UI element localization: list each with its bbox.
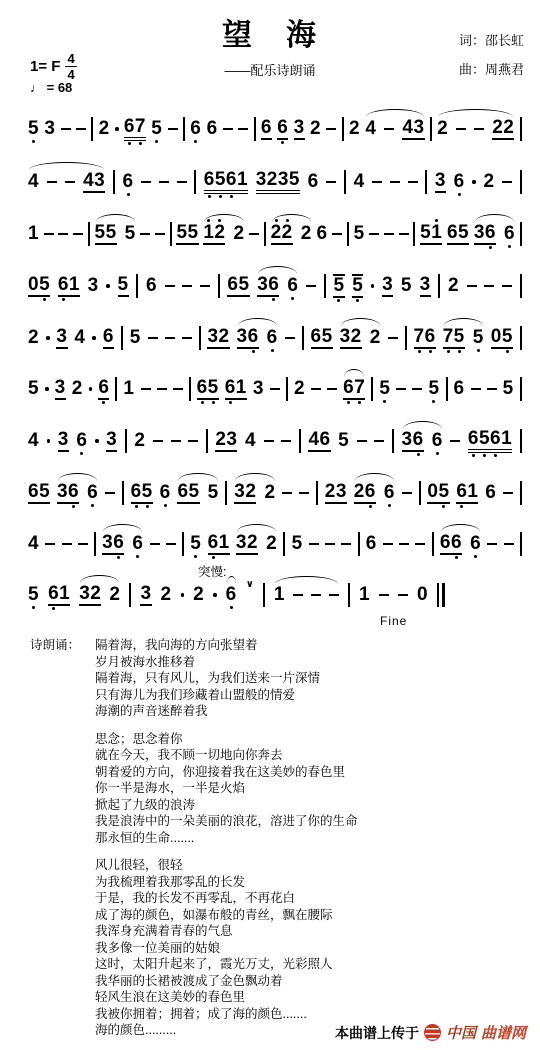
note-digits: 2 [437, 119, 448, 139]
note: 32 [236, 528, 258, 560]
note-digits: 5 [354, 224, 365, 244]
octave-dots [102, 555, 124, 560]
note: 5 [428, 374, 439, 404]
octave-dots [301, 244, 312, 249]
octave-dots [401, 296, 412, 301]
note-digits: 55 [95, 223, 117, 245]
barline [520, 170, 522, 194]
note-digits: 2 [72, 379, 83, 399]
note: 12 [203, 218, 225, 250]
dot-cell [289, 194, 300, 199]
octave-dots [161, 605, 172, 610]
dot-cell [343, 400, 354, 405]
barline [299, 429, 301, 453]
duration-dot [115, 127, 119, 131]
octave-dots [379, 399, 390, 404]
note: 5 [125, 219, 136, 249]
slur-arc [204, 214, 243, 222]
barline [413, 222, 415, 246]
slur-group: 366 [474, 218, 515, 250]
barline [122, 481, 124, 505]
octave-dots [311, 349, 333, 354]
octave-dots [294, 399, 305, 404]
octave-dot [455, 556, 458, 559]
note-digits: 36 [237, 327, 259, 349]
dot-cell [310, 139, 321, 144]
dot-cell [420, 297, 431, 302]
slur-group: 443 [365, 113, 424, 145]
slur-arc [438, 109, 513, 117]
dash-note [157, 388, 167, 391]
note: 51 [420, 218, 442, 250]
slur-arc [344, 369, 364, 377]
note-digits: 6 [87, 483, 98, 503]
octave-dot [136, 555, 139, 558]
note: 6 [454, 167, 465, 197]
dot-cell [193, 605, 204, 610]
octave-dots [338, 451, 349, 456]
note-digits: 5 [190, 534, 201, 554]
barline [520, 481, 522, 505]
octave-dot [230, 606, 233, 609]
music-line: 44366561323564362 [28, 165, 522, 199]
octave-dots [134, 451, 145, 456]
note: 6 [454, 374, 465, 404]
note: 6 [103, 322, 114, 354]
note: 65 [131, 477, 153, 509]
note: 3 [140, 579, 151, 611]
upload-text: 本曲谱上传于 [335, 1023, 419, 1043]
octave-dots [208, 503, 219, 508]
barline [419, 481, 421, 505]
music-line: 436322344653666561 [28, 424, 522, 458]
dot-cell [427, 504, 438, 509]
note: 0 [417, 580, 428, 610]
note-digits: 6 [454, 379, 465, 399]
octave-dot [194, 140, 197, 143]
dot-cell [28, 399, 39, 404]
barline [170, 222, 172, 246]
dot-cell [458, 245, 469, 250]
octave-dots [118, 297, 129, 302]
note: 4 [354, 167, 365, 197]
note-digits: 6 [432, 431, 443, 451]
note-digits: 66 [440, 533, 462, 555]
octave-dots [257, 297, 279, 302]
octave-dots [227, 297, 249, 302]
slur-arc [96, 214, 135, 222]
note-digits: 61 [225, 378, 247, 400]
note: 36 [237, 322, 259, 354]
dash-note [484, 285, 494, 288]
dot-cell [207, 349, 218, 354]
barline [91, 117, 93, 141]
note: 6561 [204, 165, 248, 199]
dot-cell [470, 554, 481, 559]
lyric-line: 于是，我的长发不再零乱，不再花白 [95, 890, 540, 907]
note-digits: 61 [48, 584, 70, 606]
note: 32 [79, 579, 101, 611]
note: 6 [226, 580, 237, 610]
note: 6 [98, 373, 109, 405]
octave-dots [233, 244, 244, 249]
dot-cell [214, 245, 225, 250]
note: 6 [190, 114, 201, 144]
note: 5 [354, 219, 365, 249]
dot-cell [384, 503, 395, 508]
note: 3 [106, 425, 117, 457]
dot-cell [311, 349, 322, 354]
music-line: 155555122222655165366 [28, 218, 522, 250]
dot-cell [443, 349, 454, 354]
octave-dots [28, 605, 39, 610]
note-digits: 55 [176, 223, 198, 245]
octave-dots [99, 139, 110, 144]
note-digits: 2 [99, 119, 110, 139]
lyric-line: 风儿很轻，很轻 [95, 857, 540, 874]
dot-cell [151, 139, 162, 144]
dash-note [396, 388, 406, 391]
dot-cell [106, 245, 117, 250]
duration-dot [472, 180, 476, 184]
slur-arc [238, 318, 277, 326]
dot-cell [294, 399, 305, 404]
note-digits: 6 [207, 119, 218, 139]
dot-cell [301, 244, 312, 249]
note-digits: 65 [311, 327, 333, 349]
dot-cell [236, 400, 247, 405]
dash-note [388, 337, 398, 340]
dot-cell [219, 555, 230, 560]
dash-note [173, 388, 183, 391]
dot-cell [160, 503, 171, 508]
dot-cell [503, 140, 514, 145]
note-digits: 3235 [256, 170, 300, 194]
octave-dots [310, 139, 321, 144]
note-digits: 36 [474, 223, 496, 245]
dot-cell [226, 605, 237, 610]
dot-cell [354, 504, 365, 509]
dash-note [379, 594, 389, 597]
note: 55 [95, 218, 117, 250]
note: 65 [447, 218, 469, 250]
slur-group: 366 [402, 425, 443, 457]
octave-dots [308, 452, 330, 457]
dash-note [502, 181, 512, 184]
octave-dots [124, 141, 146, 146]
lyric-line: 这时，太阳升起来了，霞光万丈，光彩照人 [95, 956, 540, 973]
dot-cell [247, 555, 258, 560]
note: 6 [470, 529, 481, 559]
dot-cell [456, 504, 467, 509]
dash-note [264, 440, 274, 443]
dot-cell [485, 503, 496, 508]
dot-cell [28, 605, 39, 610]
note: 2 [161, 580, 172, 610]
dot-cell [447, 245, 458, 250]
note-digits: 2 [294, 379, 305, 399]
note: 67 [343, 373, 365, 405]
barline [125, 429, 127, 453]
dot-cell [140, 606, 151, 611]
octave-dots [76, 451, 87, 456]
barline [225, 481, 227, 505]
dot-cell [57, 504, 68, 509]
note-digits: 4 [354, 172, 365, 192]
note: 22 [492, 113, 514, 145]
note: 6 [277, 113, 288, 145]
note: 2 [72, 374, 83, 404]
lyric-line: 隔着海，我向海的方向张望着 [95, 637, 540, 654]
octave-dots [58, 452, 69, 457]
dot-cell [56, 349, 67, 354]
note: 61 [225, 373, 247, 405]
octave-dots [417, 605, 428, 610]
note-digits: 2 [193, 585, 204, 605]
octave-dot [32, 606, 35, 609]
note-digits: 6561 [468, 429, 512, 453]
note-digits: 2 [134, 431, 145, 451]
octave-dot [356, 299, 359, 302]
octave-dots [28, 399, 39, 404]
dot-cell [425, 349, 436, 354]
note-digits: 3 [88, 276, 99, 296]
note-digits: 6 [485, 483, 496, 503]
note-digits: 2 [161, 585, 172, 605]
note-digits: 61 [456, 482, 478, 504]
octave-dot [127, 193, 130, 196]
octave-dot [271, 349, 274, 352]
dot-cell [237, 194, 248, 199]
note: 6 [485, 478, 496, 508]
dot-cell [336, 504, 347, 509]
note-digits: 6 [277, 118, 288, 140]
note-digits: 36 [257, 275, 279, 297]
dot-cell [79, 606, 90, 611]
note: 61 [208, 528, 230, 560]
dot-cell [106, 452, 117, 457]
octave-dots [473, 348, 484, 353]
note-digits: 3 [420, 275, 431, 297]
barline [520, 222, 522, 246]
dot-cell [504, 244, 515, 249]
octave-dot [91, 504, 94, 507]
octave-dots [427, 504, 449, 509]
duration-dot [92, 336, 96, 340]
dot-cell [44, 139, 55, 144]
site-name-2: 曲谱网 [481, 1022, 526, 1043]
barline [183, 117, 185, 141]
note: 6561 [468, 424, 512, 458]
octave-dot [32, 140, 35, 143]
dash-note [177, 181, 187, 184]
octave-dots [87, 503, 98, 508]
note-digits: 6 [123, 172, 134, 192]
poem-stanzas: 隔着海，我向海的方向张望着岁月被海水推移着隔着海，只有风儿，为我们送来一片深情只… [95, 637, 540, 1039]
quarter-note-icon: ♩ [30, 80, 43, 95]
octave-dots [470, 554, 481, 559]
octave-dots [370, 348, 381, 353]
music-line: 056135665366553532 [28, 269, 522, 303]
octave-dots [456, 504, 478, 509]
dash-note [374, 440, 384, 443]
poem-section: 诗朗诵： 隔着海，我向海的方向张望着岁月被海水推移着隔着海，只有风儿，为我们送来… [0, 637, 540, 1039]
dot-cell [352, 298, 363, 303]
barline [425, 170, 427, 194]
octave-dots [402, 140, 424, 145]
octave-dot [337, 299, 340, 302]
octave-dot [72, 505, 75, 508]
note: 4 [28, 426, 39, 456]
octave-dots [245, 451, 256, 456]
slur-arc [29, 162, 104, 170]
note: 2 [301, 219, 312, 249]
note-digits: 4 [74, 328, 85, 348]
octave-dots [292, 554, 303, 559]
octave-dot [458, 350, 461, 353]
barline [302, 326, 304, 350]
dot-cell [413, 140, 424, 145]
octave-dots [454, 399, 465, 404]
note: 2 [99, 114, 110, 144]
note: 32 [234, 477, 256, 509]
dot-cell [226, 194, 237, 199]
barline [121, 326, 123, 350]
note-digits: 2 [266, 534, 277, 554]
dot-cell [292, 554, 303, 559]
dash-note [399, 233, 409, 236]
note-digits: 3 [56, 327, 67, 349]
dot-cell [365, 139, 376, 144]
note-digits: 6 [103, 327, 114, 349]
dash-note [270, 388, 280, 391]
barline [344, 170, 346, 194]
note-digits: 6 [160, 483, 171, 503]
barline [115, 377, 117, 401]
note: 66 [440, 528, 462, 560]
octave-dot [347, 401, 350, 404]
lyric-line: 就在今天，我不顾一切地向你奔去 [95, 747, 540, 764]
octave-dots [277, 140, 288, 145]
octave-dot [506, 350, 509, 353]
dash-note [299, 492, 309, 495]
dot-cell [135, 141, 146, 146]
dot-cell [402, 140, 413, 145]
dot-cell [215, 194, 226, 199]
note-digits: 36 [102, 533, 124, 555]
duration-dot [47, 439, 51, 443]
barline [254, 117, 256, 141]
note: 6 [267, 323, 278, 353]
dash-note [78, 543, 88, 546]
dot-cell [417, 605, 428, 610]
dot-cell [28, 192, 39, 197]
note-digits: 2 [264, 483, 275, 503]
slur-group: 122 [203, 218, 244, 250]
tempo-change-label: 突慢: [198, 562, 226, 580]
note-digits: 4 [28, 172, 39, 192]
dash-note [61, 128, 71, 131]
note: 5 [333, 269, 344, 303]
note: 4 [74, 323, 85, 353]
note: 5 [503, 374, 514, 404]
note-digits: 6 [470, 534, 481, 554]
note-digits: 6 [267, 328, 278, 348]
octave-dot [212, 556, 215, 559]
note-digits: 6 [261, 118, 272, 140]
note-digits: 5 [352, 274, 363, 298]
dot-cell [502, 349, 513, 354]
note-digits: 2 [370, 328, 381, 348]
dot-cell [83, 193, 94, 198]
dash-note [383, 543, 393, 546]
dot-cell [448, 296, 459, 301]
octave-dots [485, 503, 496, 508]
dot-cell [365, 504, 376, 509]
barline [283, 532, 285, 556]
barline [182, 532, 184, 556]
dot-cell [267, 348, 278, 353]
note: 32 [340, 322, 362, 354]
dot-cell [88, 296, 99, 301]
note-digits: 2 [233, 224, 244, 244]
slur-arc [441, 524, 480, 532]
dot-cell [354, 400, 365, 405]
note: 2 [28, 323, 39, 353]
dot-cell [69, 297, 80, 302]
dot-cell [204, 194, 215, 199]
dot-cell [413, 452, 424, 457]
barline [206, 429, 208, 453]
music-line: 653666566553222326605616 [28, 477, 522, 509]
dot-cell [203, 245, 214, 250]
octave-dots [420, 297, 431, 302]
barline [113, 170, 115, 194]
dash-note [141, 388, 151, 391]
note: 6 [432, 426, 443, 456]
note-digits: 6 [317, 224, 328, 244]
slur-group: 6 [226, 580, 237, 610]
dot-cell [130, 348, 141, 353]
dot-cell [274, 605, 285, 610]
octave-dot [383, 400, 386, 403]
dash-note [341, 543, 351, 546]
octave-dots [432, 451, 443, 456]
note-digits: 65 [177, 482, 199, 504]
dash-note [415, 543, 425, 546]
note-digits: 6 [384, 483, 395, 503]
octave-dots [190, 554, 201, 559]
note-digits: 65 [447, 223, 469, 245]
note: 1 [359, 580, 370, 610]
octave-dots [208, 555, 230, 560]
barline [129, 583, 131, 607]
note: 43 [83, 166, 105, 198]
dot-cell [267, 194, 278, 199]
note: 65 [311, 322, 333, 354]
note: 75 [443, 322, 465, 354]
slur-group: 322 [236, 528, 277, 560]
dot-cell [266, 554, 277, 559]
octave-dots [287, 296, 298, 301]
music-line: 436656132256666 [28, 528, 522, 560]
barline [520, 326, 522, 350]
dot-cell [146, 296, 157, 301]
dot-cell [176, 245, 187, 250]
note: 5 [352, 269, 363, 303]
note-digits: 1 [28, 224, 39, 244]
note: 2 [266, 529, 277, 559]
